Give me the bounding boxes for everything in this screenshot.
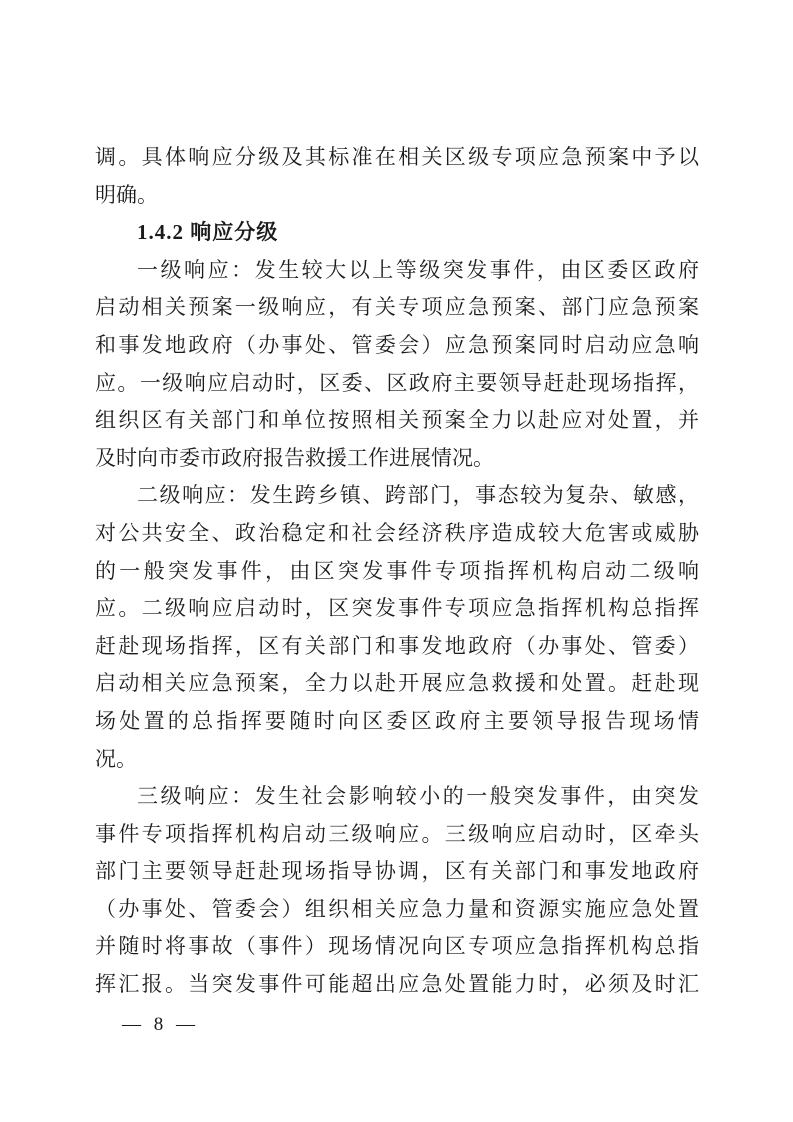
text-line: 和事发地政府（办事处、管委会）应急预案同时启动应急响 xyxy=(95,327,699,365)
text-line: 三级响应：发生社会影响较小的一般突发事件，由突发 xyxy=(95,778,699,816)
text-line: 部门主要领导赶赴现场指导协调，区有关部门和事发地政府 xyxy=(95,853,699,891)
text-line: 二级响应：发生跨乡镇、跨部门，事态较为复杂、敏感， xyxy=(95,477,699,515)
text-line: 应。一级响应启动时，区委、区政府主要领导赶赴现场指挥， xyxy=(95,365,699,403)
text-line: 挥汇报。当突发事件可能超出应急处置能力时，必须及时汇 xyxy=(95,966,699,1004)
text-line: 并随时将事故（事件）现场情况向区专项应急指挥机构总指 xyxy=(95,928,699,966)
text-line: 事件专项指挥机构启动三级响应。三级响应启动时，区牵头 xyxy=(95,816,699,854)
text-line: 明确。 xyxy=(95,177,699,215)
text-line: 应。二级响应启动时，区突发事件专项应急指挥机构总指挥 xyxy=(95,590,699,628)
text-line: 及时向市委市政府报告救援工作进展情况。 xyxy=(95,440,699,478)
document-page: 调。具体响应分级及其标准在相关区级专项应急预案中予以 明确。 1.4.2 响应分… xyxy=(0,0,793,1122)
text-line: 组织区有关部门和单位按照相关预案全力以赴应对处置，并 xyxy=(95,402,699,440)
text-line: 况。 xyxy=(95,741,699,779)
document-body: 调。具体响应分级及其标准在相关区级专项应急预案中予以 明确。 1.4.2 响应分… xyxy=(95,139,699,1004)
text-line: 场处置的总指挥要随时向区委区政府主要领导报告现场情 xyxy=(95,703,699,741)
text-line: 调。具体响应分级及其标准在相关区级专项应急预案中予以 xyxy=(95,139,699,177)
text-line: 启动相关应急预案，全力以赴开展应急救援和处置。赶赴现 xyxy=(95,665,699,703)
text-line: 启动相关预案一级响应，有关专项应急预案、部门应急预案 xyxy=(95,289,699,327)
text-line: （办事处、管委会）组织相关应急力量和资源实施应急处置 xyxy=(95,891,699,929)
text-line: 对公共安全、政治稳定和社会经济秩序造成较大危害或威胁 xyxy=(95,515,699,553)
text-line: 赶赴现场指挥，区有关部门和事发地政府（办事处、管委） xyxy=(95,628,699,666)
page-number: — 8 — xyxy=(122,1012,199,1038)
section-heading: 1.4.2 响应分级 xyxy=(95,214,699,252)
text-line: 一级响应：发生较大以上等级突发事件，由区委区政府 xyxy=(95,252,699,290)
text-line: 的一般突发事件，由区突发事件专项指挥机构启动二级响 xyxy=(95,553,699,591)
